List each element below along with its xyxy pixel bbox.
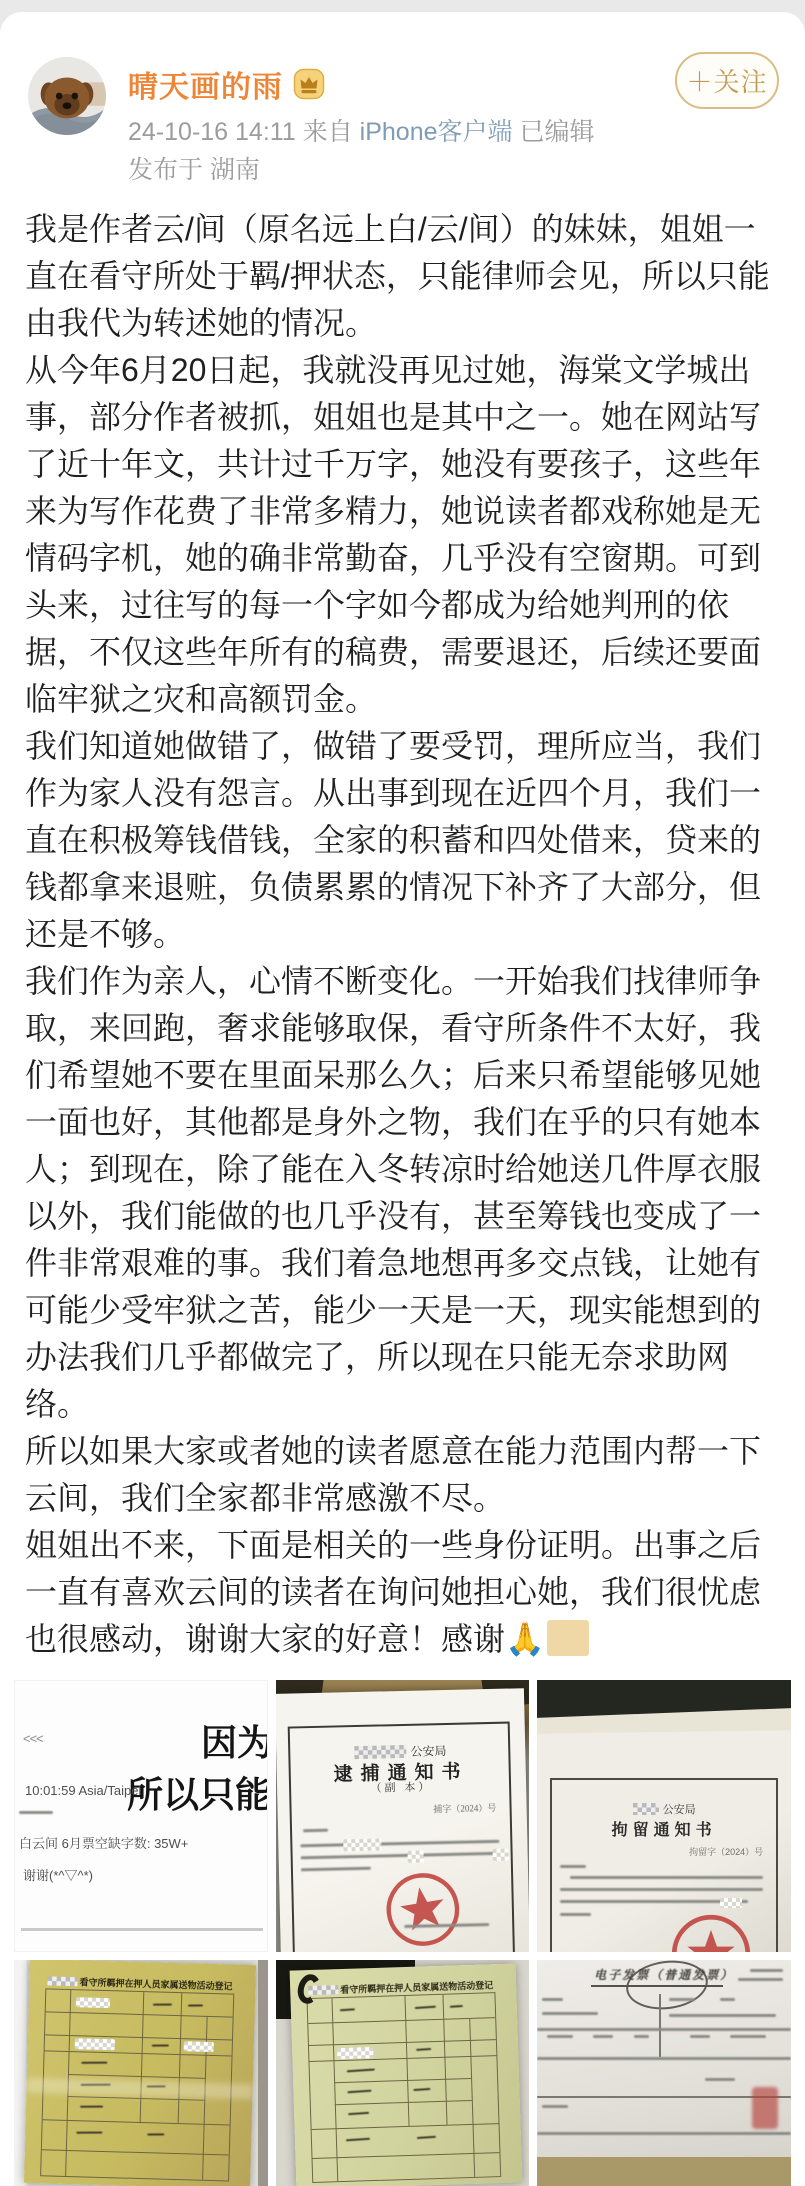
- weibo-post-card: 晴天画的雨 ＋关注 24-10-16 14:11 来自 iPhone客户端 已编…: [0, 12, 805, 2186]
- chat-stats-line: 白云间 6月票空缺字数: 35W+: [19, 1833, 188, 1852]
- photo-chat-screenshot[interactable]: <<< 因为 所以只能 10:01:59 Asia/Taipei 白云间 6月票…: [14, 1680, 268, 1952]
- timestamp: 24-10-16 14:11: [128, 118, 296, 146]
- source-link[interactable]: iPhone客户端: [360, 118, 513, 146]
- location-label: 发布于 湖南: [128, 150, 260, 186]
- official-red-seal: [669, 1912, 753, 1952]
- official-red-seal: [379, 1864, 469, 1952]
- paragraph: 我们知道她做错了，做错了要受罚，理所应当，我们作为家人没有怨言。从出事到现在近四…: [25, 723, 782, 958]
- chat-arrows: <<<: [23, 1731, 43, 1746]
- title-underline: [591, 1985, 723, 1987]
- chat-timestamp: 10:01:59 Asia/Taipei: [25, 1783, 141, 1798]
- post-body: 我是作者云/间（原名远上白/云/间）的妹妹，姐姐一直在看守所处于羁/押状态，只能…: [0, 202, 805, 1663]
- post-meta: 24-10-16 14:11 来自 iPhone客户端 已编辑: [128, 112, 594, 148]
- censor-mosaic: [720, 1898, 742, 1908]
- puppy-avatar-image: [28, 57, 106, 135]
- photo-electronic-invoice[interactable]: 电子发票（普通发票）: [537, 1960, 791, 2186]
- avatar[interactable]: [28, 57, 106, 135]
- agency-line: 公安局: [537, 1801, 791, 1817]
- censor-mosaic: [493, 1849, 509, 1861]
- paragraph: 我是作者云/间（原名远上白/云/间）的妹妹，姐姐一直在看守所处于羁/押状态，只能…: [25, 206, 782, 347]
- form-table: [307, 1992, 502, 2182]
- attached-images-grid: <<< 因为 所以只能 10:01:59 Asia/Taipei 白云间 6月票…: [14, 1680, 791, 2186]
- photo-background: [537, 2157, 791, 2186]
- follow-button[interactable]: ＋关注: [675, 52, 779, 109]
- photo-arrest-notice[interactable]: 公安局 逮捕通知书 （副 本） 捕字（2024）号: [276, 1680, 530, 1952]
- chat-big-text: 因为 所以只能: [127, 1717, 268, 1821]
- detention-notice-title: 拘留通知书: [537, 1817, 791, 1840]
- form-paper: 看守所羁押在押人员家属送物活动登记: [290, 1963, 523, 2186]
- document-number: 拘留字（2024）号: [689, 1845, 763, 1858]
- praying-hands-emoji: 🙏: [505, 1621, 545, 1657]
- vip-crown-icon: [293, 68, 325, 100]
- censor-mosaic: [633, 1803, 659, 1815]
- photo-registration-form-green[interactable]: 看守所羁押在押人员家属送物活动登记: [276, 1960, 530, 2186]
- red-stamp-fragment: [752, 2087, 778, 2129]
- photo-detention-notice[interactable]: 公安局 拘留通知书 拘留字（2024）号: [537, 1680, 791, 1952]
- edited-label: 已编辑: [519, 118, 594, 146]
- arrest-notice-paper: 公安局 逮捕通知书 （副 本） 捕字（2024）号: [276, 1688, 530, 1952]
- source-prefix: 来自: [303, 118, 353, 146]
- paragraph: 从今年6月20日起，我就没再见过她，海棠文学城出事，部分作者被抓，姐姐也是其中之…: [25, 347, 782, 723]
- table-divider: [659, 1994, 661, 2057]
- censor-mosaic: [355, 1744, 407, 1758]
- censor-mosaic: [408, 1851, 424, 1863]
- divider: [21, 1928, 263, 1931]
- censor-mosaic: [47, 1976, 77, 1986]
- photo-background: [258, 1960, 268, 2186]
- censored-emoji-block: [547, 1620, 589, 1656]
- post-header: 晴天画的雨 ＋关注 24-10-16 14:11 来自 iPhone客户端 已编…: [0, 12, 805, 202]
- form-paper: 看守所羁押在押人员家属送物活动登记: [24, 1960, 256, 2186]
- username[interactable]: 晴天画的雨: [128, 62, 283, 106]
- chat-thanks-line: 谢谢(*^▽^*): [23, 1865, 93, 1884]
- paragraph: 所以如果大家或者她的读者愿意在能力范围内帮一下云间，我们全家都非常感激不尽。: [25, 1428, 782, 1522]
- paragraph: 我们作为亲人，心情不断变化。一开始我们找律师争取，来回跑，奢求能够取保，看守所条…: [25, 958, 782, 1428]
- censor-mosaic: [343, 1838, 381, 1851]
- blurred-text: [19, 1811, 53, 1814]
- paragraph: 姐姐出不来，下面是相关的一些身份证明。出事之后一直有喜欢云间的读者在询问她担心她…: [25, 1522, 782, 1663]
- document-number: 捕字（2024）号: [433, 1800, 496, 1814]
- photo-registration-form-yellow[interactable]: 看守所羁押在押人员家属送物活动登记: [14, 1960, 268, 2186]
